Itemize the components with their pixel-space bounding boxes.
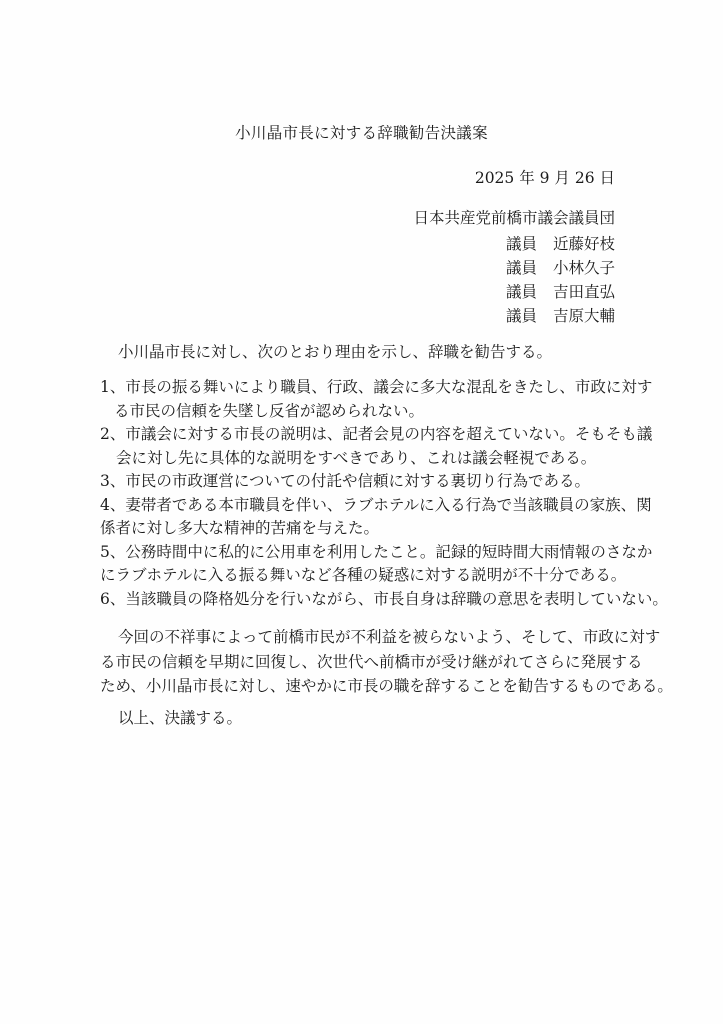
closing-line: る市民の信頼を早期に回復し、次世代へ前橋市が受け継がれてさらに発展する: [100, 650, 640, 675]
document-title: 小川晶市長に対する辞職勧告決議案: [0, 121, 723, 143]
member-role: 議員: [506, 235, 537, 253]
reason-item-5: 5、公務時間中に私的に公用車を利用したこと。記録的短時間大雨情報のさなか にラブ…: [100, 541, 630, 588]
document-date: 2025 年 9 月 26 日: [475, 166, 615, 188]
reason-line: 5、公務時間中に私的に公用車を利用したこと。記録的短時間大雨情報のさなか: [100, 541, 630, 565]
member-name: 吉原大輔: [553, 307, 615, 325]
reason-line: る市民の信頼を失墜し反省が認められない。: [100, 400, 630, 424]
reason-item-1: 1、市長の振る舞いにより職員、行政、議会に多大な混乱をきたし、市政に対す る市民…: [100, 376, 630, 423]
lead-paragraph: 小川晶市長に対し、次のとおり理由を示し、辞職を勧告する。: [118, 340, 552, 362]
reason-line: 1、市長の振る舞いにより職員、行政、議会に多大な混乱をきたし、市政に対す: [100, 376, 630, 400]
member-entry: 議員小林久子: [506, 256, 615, 280]
reason-item-3: 3、市民の市政運営についての付託や信頼に対する裏切り行為である。: [100, 470, 630, 494]
reason-line: 3、市民の市政運営についての付託や信頼に対する裏切り行為である。: [100, 470, 630, 494]
member-role: 議員: [506, 259, 537, 277]
reason-line: 係者に対し多大な精神的苦痛を与えた。: [100, 517, 630, 541]
member-entry: 議員近藤好枝: [506, 232, 615, 256]
reason-item-6: 6、当該職員の降格処分を行いながら、市長自身は辞職の意思を表明していない。: [100, 588, 630, 612]
reason-line: 2、市議会に対する市長の説明は、記者会見の内容を超えていない。そもそも議: [100, 423, 630, 447]
conclusion-text: 以上、決議する。: [118, 706, 242, 728]
member-role: 議員: [506, 307, 537, 325]
closing-paragraph: 今回の不祥事によって前橋市民が不利益を被らないよう、そして、市政に対す る市民の…: [100, 625, 640, 699]
reason-item-2: 2、市議会に対する市長の説明は、記者会見の内容を超えていない。そもそも議 会に対…: [100, 423, 630, 470]
document-page: 小川晶市長に対する辞職勧告決議案 2025 年 9 月 26 日 日本共産党前橋…: [0, 0, 723, 1024]
member-role: 議員: [506, 283, 537, 301]
reasons-list: 1、市長の振る舞いにより職員、行政、議会に多大な混乱をきたし、市政に対す る市民…: [100, 376, 630, 611]
reason-line: 6、当該職員の降格処分を行いながら、市長自身は辞職の意思を表明していない。: [100, 588, 630, 612]
member-name: 小林久子: [553, 259, 615, 277]
reason-item-4: 4、妻帯者である本市職員を伴い、ラブホテルに入る行為で当該職員の家族、関 係者に…: [100, 494, 630, 541]
organization-name: 日本共産党前橋市議会議員団: [413, 206, 615, 228]
closing-line: 今回の不祥事によって前橋市民が不利益を被らないよう、そして、市政に対す: [100, 625, 640, 650]
reason-line: 会に対し先に具体的な説明をすべきであり、これは議会軽視である。: [100, 447, 630, 471]
member-entry: 議員吉原大輔: [506, 304, 615, 328]
member-name: 近藤好枝: [553, 235, 615, 253]
member-list: 議員近藤好枝 議員小林久子 議員吉田直弘 議員吉原大輔: [506, 232, 615, 328]
member-name: 吉田直弘: [553, 283, 615, 301]
reason-line: にラブホテルに入る振る舞いなど各種の疑惑に対する説明が不十分である。: [100, 564, 630, 588]
closing-line: ため、小川晶市長に対し、速やかに市長の職を辞することを勧告するものである。: [100, 674, 640, 699]
reason-line: 4、妻帯者である本市職員を伴い、ラブホテルに入る行為で当該職員の家族、関: [100, 494, 630, 518]
member-entry: 議員吉田直弘: [506, 280, 615, 304]
